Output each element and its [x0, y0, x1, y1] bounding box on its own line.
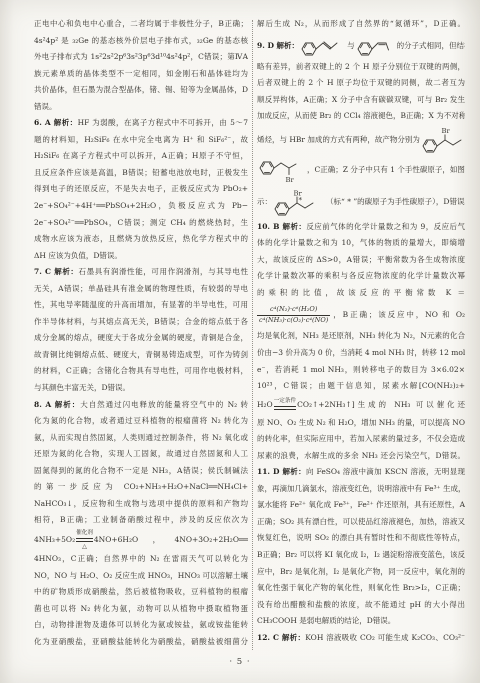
text-line: e⁻，若消耗 1 mol NH₃，则转移电子的数目为 3×6.02× — [257, 362, 465, 379]
text-line: 且反应条件应该是高温，B错误；铅蓄电池放电时，正极发生 — [34, 165, 248, 182]
text-line: 得到电子的还原反应，不是失去电子，正极反应式为 PbO₂+ — [34, 181, 248, 198]
text-line: 恢复红色，说明 SO₂ 的漂白具有暂时性和不彻底性等特点， — [257, 530, 465, 547]
text-line: 大，故该反应的 ΔS>0，A错误；平衡常数为各生成物浓度 — [257, 252, 465, 269]
text-line: c⁴(N₂)·c⁶(H₂O)c⁴(NH₃)·c(O₂)·c⁴(NO)，B正确；该… — [257, 301, 465, 328]
equilibrium-constant-expression: c⁴(N₂)·c⁶(H₂O)c⁴(NH₃)·c(O₂)·c⁴(NO) — [257, 305, 330, 325]
text-line: 2e⁻+SO₄²⁻+4H⁺══PbSO₄+2H₂O，负极反应式为 Pb− — [34, 198, 248, 215]
condition-text: 一定条件 — [274, 398, 296, 405]
text-line: 价由−3 价升高为 0 价，当消耗 4 mol NH₃ 时，转移 12 mol — [257, 345, 465, 362]
text-line: 象，再滴加几滴氯水，溶液变红色，说明溶液中有 Fe³⁺ 生成， — [257, 481, 465, 498]
svg-text:Br: Br — [286, 176, 295, 184]
text-line: 4s²4p² 是 ₃₂Ge 的基态核外价层电子排布式，₃₂Ge 的基态核 — [34, 33, 248, 50]
text-line: 8. A 解析：大自然通过闪电释放的能量将空气中的 N₂ 转 — [34, 397, 248, 414]
text-line: 氨，从而实现自然固氮，人类则通过控制条件，将 N₂ 氧化或 — [34, 430, 248, 447]
text-line: 后者双键上的 2 个 H 原子均位于双键的同侧，故二者互为 — [257, 75, 465, 92]
text-line: 体的化学计量数之和为 10，气体的物质的量增大，即熵增 — [257, 235, 465, 252]
answer-label: 11. D 解析： — [257, 467, 306, 476]
text-line: H₂SiF₆ 在离子方程式中可以拆开，A正确；H原子不守恒， — [34, 148, 248, 165]
text-line: 化为氮的化合物，或者通过豆科植物的根瘤菌将 N₂ 转化为 — [34, 413, 248, 430]
answer-key-page: 正电中心和负电中心重合，二者均属于非极性分子，B正确；4s²4p² 是 ₃₂Ge… — [0, 0, 480, 683]
text-line: 没有给出醋酸和盐酸的浓度，故不能通过 pH 的大小得出 — [257, 597, 465, 614]
text-line: 加成反应，从而使 Br₂ 的 CCl₄ 溶液褪色，B正确；X 为不对称 — [257, 108, 465, 125]
text-line: 相符，B正确；工业制备硝酸过程中，涉及的反应依次为 — [34, 512, 248, 529]
text-line: 外电子排布式为 1s²2s²2p⁶3s²3p⁶3d¹⁰4s²4p²，C错误；第Ⅳ… — [34, 49, 248, 66]
text-line: 中的矿物质形成硝酸盐，然后被植物吸收，豆科植物的根瘤 — [34, 584, 248, 601]
text-line: 略有差异，前者双键上的 2 个 H 原子分别位于双键的两侧， — [257, 59, 465, 76]
page-number: · 5 · — [0, 657, 480, 667]
text-line: 9. D 解析： 与 — [257, 33, 465, 59]
text-line: 共价晶体，但石墨为混合型晶体，锗、锡、铅等为金属晶体，D — [34, 82, 248, 99]
svg-text:Br: Br — [441, 127, 450, 135]
text-line: 的材料，C正确；含锗化合物具有导电性，可用作电极材料， — [34, 363, 248, 380]
answer-label: 7. C 解析： — [34, 267, 79, 276]
column-divider — [252, 20, 253, 650]
text-line: 族元素单质的晶体类型不一定相同，如金刚石和晶体硅均为 — [34, 66, 248, 83]
text-line: ΔH 应该为负值，D错误。 — [34, 248, 248, 265]
text-line: 作半导体材料，与其熔点高无关，B错误；合金的熔点低于各 — [34, 314, 248, 331]
fraction-denominator: c⁴(NH₃)·c(O₂)·c⁴(NO) — [257, 316, 330, 326]
text-line: 的乘积的比值，故该反应的平衡常数 K ＝ — [257, 285, 465, 302]
answer-label: 8. A 解析： — [34, 400, 80, 409]
answer-label: 9. D 解析： — [257, 41, 299, 50]
text-line: 化学计量数次幂的乘积与各反应物浓度的化学计量数次幂 — [257, 268, 465, 285]
right-column: 解后生成 N₂，从而形成了自然界的“氮循环”，D正确。9. D 解析： 与 — [257, 16, 465, 646]
text-line: 10. B 解析：反应前气体的化学计量数之和为 9，反应后气 — [257, 219, 465, 236]
text-line: 均是氧化剂，NH₃ 是还原剂，NH₃ 转化为 N₂，N元素的化合 — [257, 328, 465, 345]
text-line: 顺反异构体，A正确；X 分子中含有碳碳双键，可与 Br₂ 发生 — [257, 92, 465, 109]
page-content: 正电中心和负电中心重合，二者均属于非极性分子，B正确；4s²4p² 是 ₃₂Ge… — [34, 16, 465, 652]
text-line: 尿素的浪费，水解生成的多余 NH₃ 还会污染空气，D错误。 — [257, 448, 465, 465]
text-line: NO，NO 与 H₂O、O₂ 反应生成 HNO₃，HNO₃ 可以溶解土壤 — [34, 568, 248, 585]
text-line: 正电中心和负电中心重合，二者均属于非极性分子，B正确； — [34, 16, 248, 33]
text-line: 性，其电导率随温度的升高而增加，有显著的半导电性，可用 — [34, 297, 248, 314]
cis-propenylbenzene-structure — [356, 33, 396, 59]
text-line: NaHCO₃↓，反应物和生成物与选项中提供的原料和产物均 — [34, 496, 248, 513]
text-line: 4NH₃+5O₂催化剂△4NO+6H₂O，4NO+3O₂+2H₂O══ — [34, 529, 248, 551]
bromo-product-2-structure: Br — [258, 155, 306, 185]
text-line: 6. A 解析：HF 为弱酸，在离子方程式中不可拆开，由 5～7 — [34, 115, 248, 132]
text-line: 氯水能将 Fe²⁺ 氧化成 Fe³⁺，Fe²⁺ 作还原剂，具有还原性，A — [257, 497, 465, 514]
text-line: H₂O一定条件CO₂↑+2NH₃↑]生成的 NH₃ 可以催化还 — [257, 395, 465, 415]
trans-propenylbenzene-structure — [300, 33, 346, 59]
reaction-condition: 催化剂△ — [76, 530, 93, 550]
text-line: 化为亚硝酸盐，亚硝酸盐能转化为硝酸盐，硝酸盐被细菌分 — [34, 634, 248, 651]
text-line: 无关，A错误；单晶硅具有准金属的物理性质，有较弱的导电 — [34, 281, 248, 298]
condition-text: △ — [76, 543, 93, 550]
text-line: 成分金属的熔点，硬度大于各成分金属的硬度，青铜是合金， — [34, 330, 248, 347]
text-line: 示： Br * （标“ * ”的碳原子为手性碳原子），D错误。 — [257, 185, 465, 219]
chiral-z-molecule-structure: Br * — [273, 186, 325, 218]
answer-label: 6. A 解析： — [34, 118, 78, 127]
condition-text: 催化剂 — [76, 530, 93, 537]
text-line: 10²³，C错误；由题干信息知，尿素水解[CO(NH₂)₂+ — [257, 378, 465, 395]
answer-label: 10. B 解析： — [257, 222, 306, 231]
text-line: 的第一步反应为 CO₂+NH₃+H₂O+NaCl══NH₄Cl+ — [34, 479, 248, 496]
text-line: 4HNO₃，C正确；自然界中的 N₂ 在雷雨天气可以转化为 — [34, 551, 248, 568]
text-line: 与其颜色丰富无关，D错误。 — [34, 380, 248, 397]
text-line: 的转化率，但实际应用中，若加入尿素的量过多，不仅会造成 — [257, 431, 465, 448]
text-line: 原 NO、O₂ 生成 N₂ 和 H₂O，增加 NH₃ 的量，可以提高 NO — [257, 415, 465, 432]
text-line: 白，动物排泄物及遗体可以转化为氨或铵盐，氨或铵盐能转 — [34, 617, 248, 634]
text-line: 题的材料知，H₂SiF₆ 在水中完全电离为 H⁺ 和 SiF₆²⁻，故 — [34, 132, 248, 149]
text-line: 错误。 — [34, 99, 248, 116]
text-line: 固氮得到的氮的化合物不一定是 NH₃，A错误；侯氏制碱法 — [34, 463, 248, 480]
text-line: 氧化性强于氧化产物的氧化性，则氧化性 Br₂>I₂，C正确； — [257, 580, 465, 597]
text-line: 12. C 解析：KOH 溶液吸收 CO₂ 可能生成 K₂CO₃、CO₃²⁻ — [257, 630, 465, 647]
text-line: 正确；SO₂ 具有漂白性，可以使品红溶液褪色，加热，溶液又 — [257, 514, 465, 531]
text-line: 应中，Br₂ 是氧化剂，I₂ 是氧化产物，同一反应中，氧化剂的 — [257, 564, 465, 581]
fraction-numerator: c⁴(N₂)·c⁶(H₂O) — [257, 305, 330, 316]
text-line: 菌也可以将 N₂ 转化为氨，动物可以从植物中摄取植物蛋 — [34, 601, 248, 618]
text-line: CH₃COOH 是弱电解质的结论，D错误。 — [257, 613, 465, 630]
text-line: 解后生成 N₂，从而形成了自然界的“氮循环”，D正确。 — [257, 16, 465, 33]
reaction-condition: 一定条件 — [274, 398, 296, 411]
text-line: B正确；Br₂ 可以将 KI 氧化成 I₂，I₂ 遇淀粉溶液变蓝色，该反 — [257, 547, 465, 564]
svg-text:*: * — [299, 196, 303, 204]
text-line: 7. C 解析：石墨具有润滑性能，可用作润滑剂，与其导电性 — [34, 264, 248, 281]
text-line: 烯烃，与 HBr 加成的方式有两种，故产物分别为 Br — [257, 125, 465, 155]
text-line: 故青铜比纯铜熔点低、硬度大，青铜易铸造成型，可作为铸剑 — [34, 347, 248, 364]
text-line: Br ，C正确；Z 分子中只有 1 个手性碳原子，如图所 — [257, 155, 465, 185]
text-line: 2e⁻+SO₄²⁻══PbSO₄，C错误；测定 CH₄ 的燃烧热时，生 — [34, 215, 248, 232]
left-column: 正电中心和负电中心重合，二者均属于非极性分子，B正确；4s²4p² 是 ₃₂Ge… — [34, 16, 248, 650]
text-line: 11. D 解析：向 FeSO₄ 溶液中滴加 KSCN 溶液，无明显现 — [257, 464, 465, 481]
answer-label: 12. C 解析： — [257, 633, 305, 642]
double-bond-line — [274, 406, 296, 410]
bromo-product-1-structure: Br — [421, 125, 465, 155]
text-line: 还原为氮的化合物，实现人工固氮，故通过自然固氮和人工 — [34, 446, 248, 463]
double-bond-line — [76, 538, 93, 542]
text-line: 成物水应该为液态，且燃烧为放热反应，热化学方程式中的 — [34, 231, 248, 248]
